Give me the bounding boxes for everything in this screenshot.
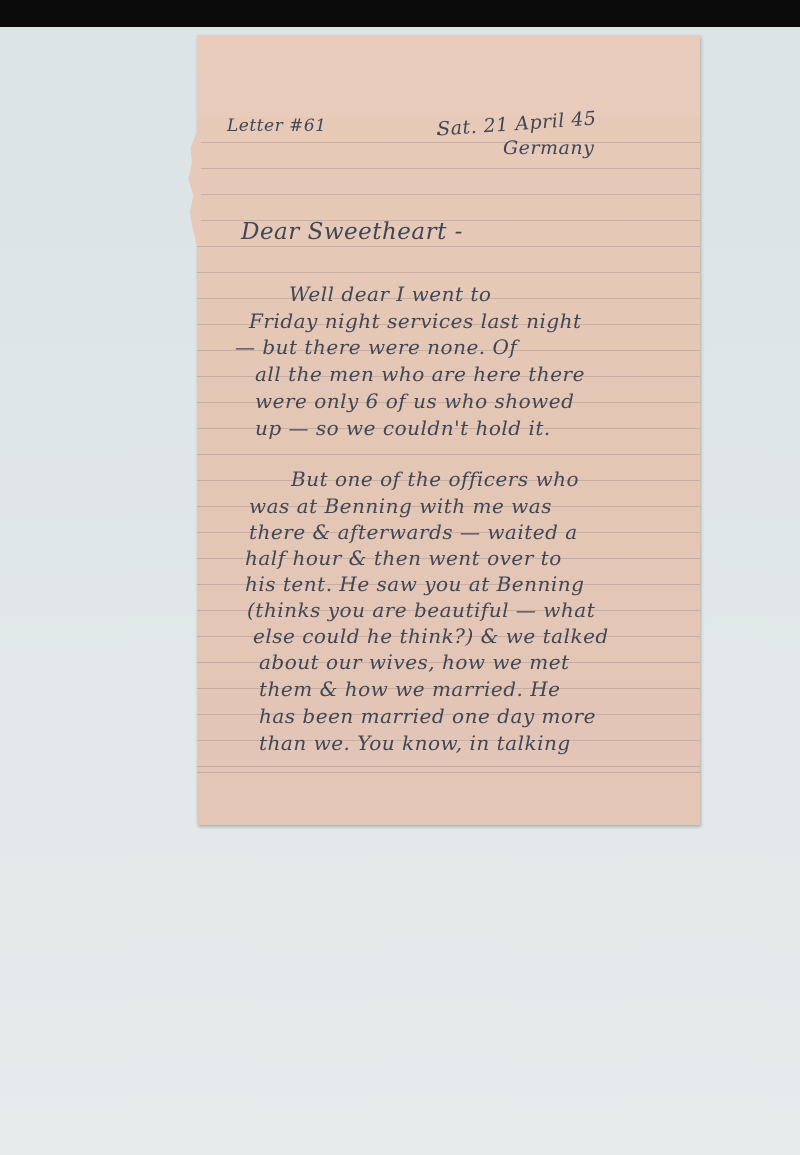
salutation: Dear Sweetheart - (241, 219, 463, 245)
body-line: all the men who are here there (255, 361, 585, 387)
body-line: there & afterwards — waited a (249, 519, 578, 545)
letter-page: Letter #61 Sat. 21 April 45 Germany Dear… (197, 35, 700, 825)
body-line: Well dear I went to (289, 281, 491, 307)
body-line: was at Benning with me was (249, 493, 552, 519)
body-line: them & how we married. He (259, 676, 560, 702)
body-line: were only 6 of us who showed (255, 388, 574, 414)
body-line: (thinks you are beautiful — what (247, 597, 595, 623)
body-line: his tent. He saw you at Benning (245, 571, 584, 597)
body-line: else could he think?) & we talked (253, 623, 609, 649)
body-line: Friday night services last night (249, 308, 582, 334)
body-line: But one of the officers who (291, 466, 579, 492)
body-line: — but there were none. Of (235, 334, 517, 360)
letter-number: Letter #61 (227, 113, 326, 139)
scanner-top-bar (0, 0, 800, 27)
body-line: than we. You know, in talking (259, 730, 571, 756)
body-line: about our wives, how we met (259, 649, 570, 675)
body-line: has been married one day more (259, 703, 596, 729)
body-line: up — so we couldn't hold it. (255, 415, 551, 441)
letter-place: Germany (503, 135, 594, 161)
body-line: half hour & then went over to (245, 545, 562, 571)
